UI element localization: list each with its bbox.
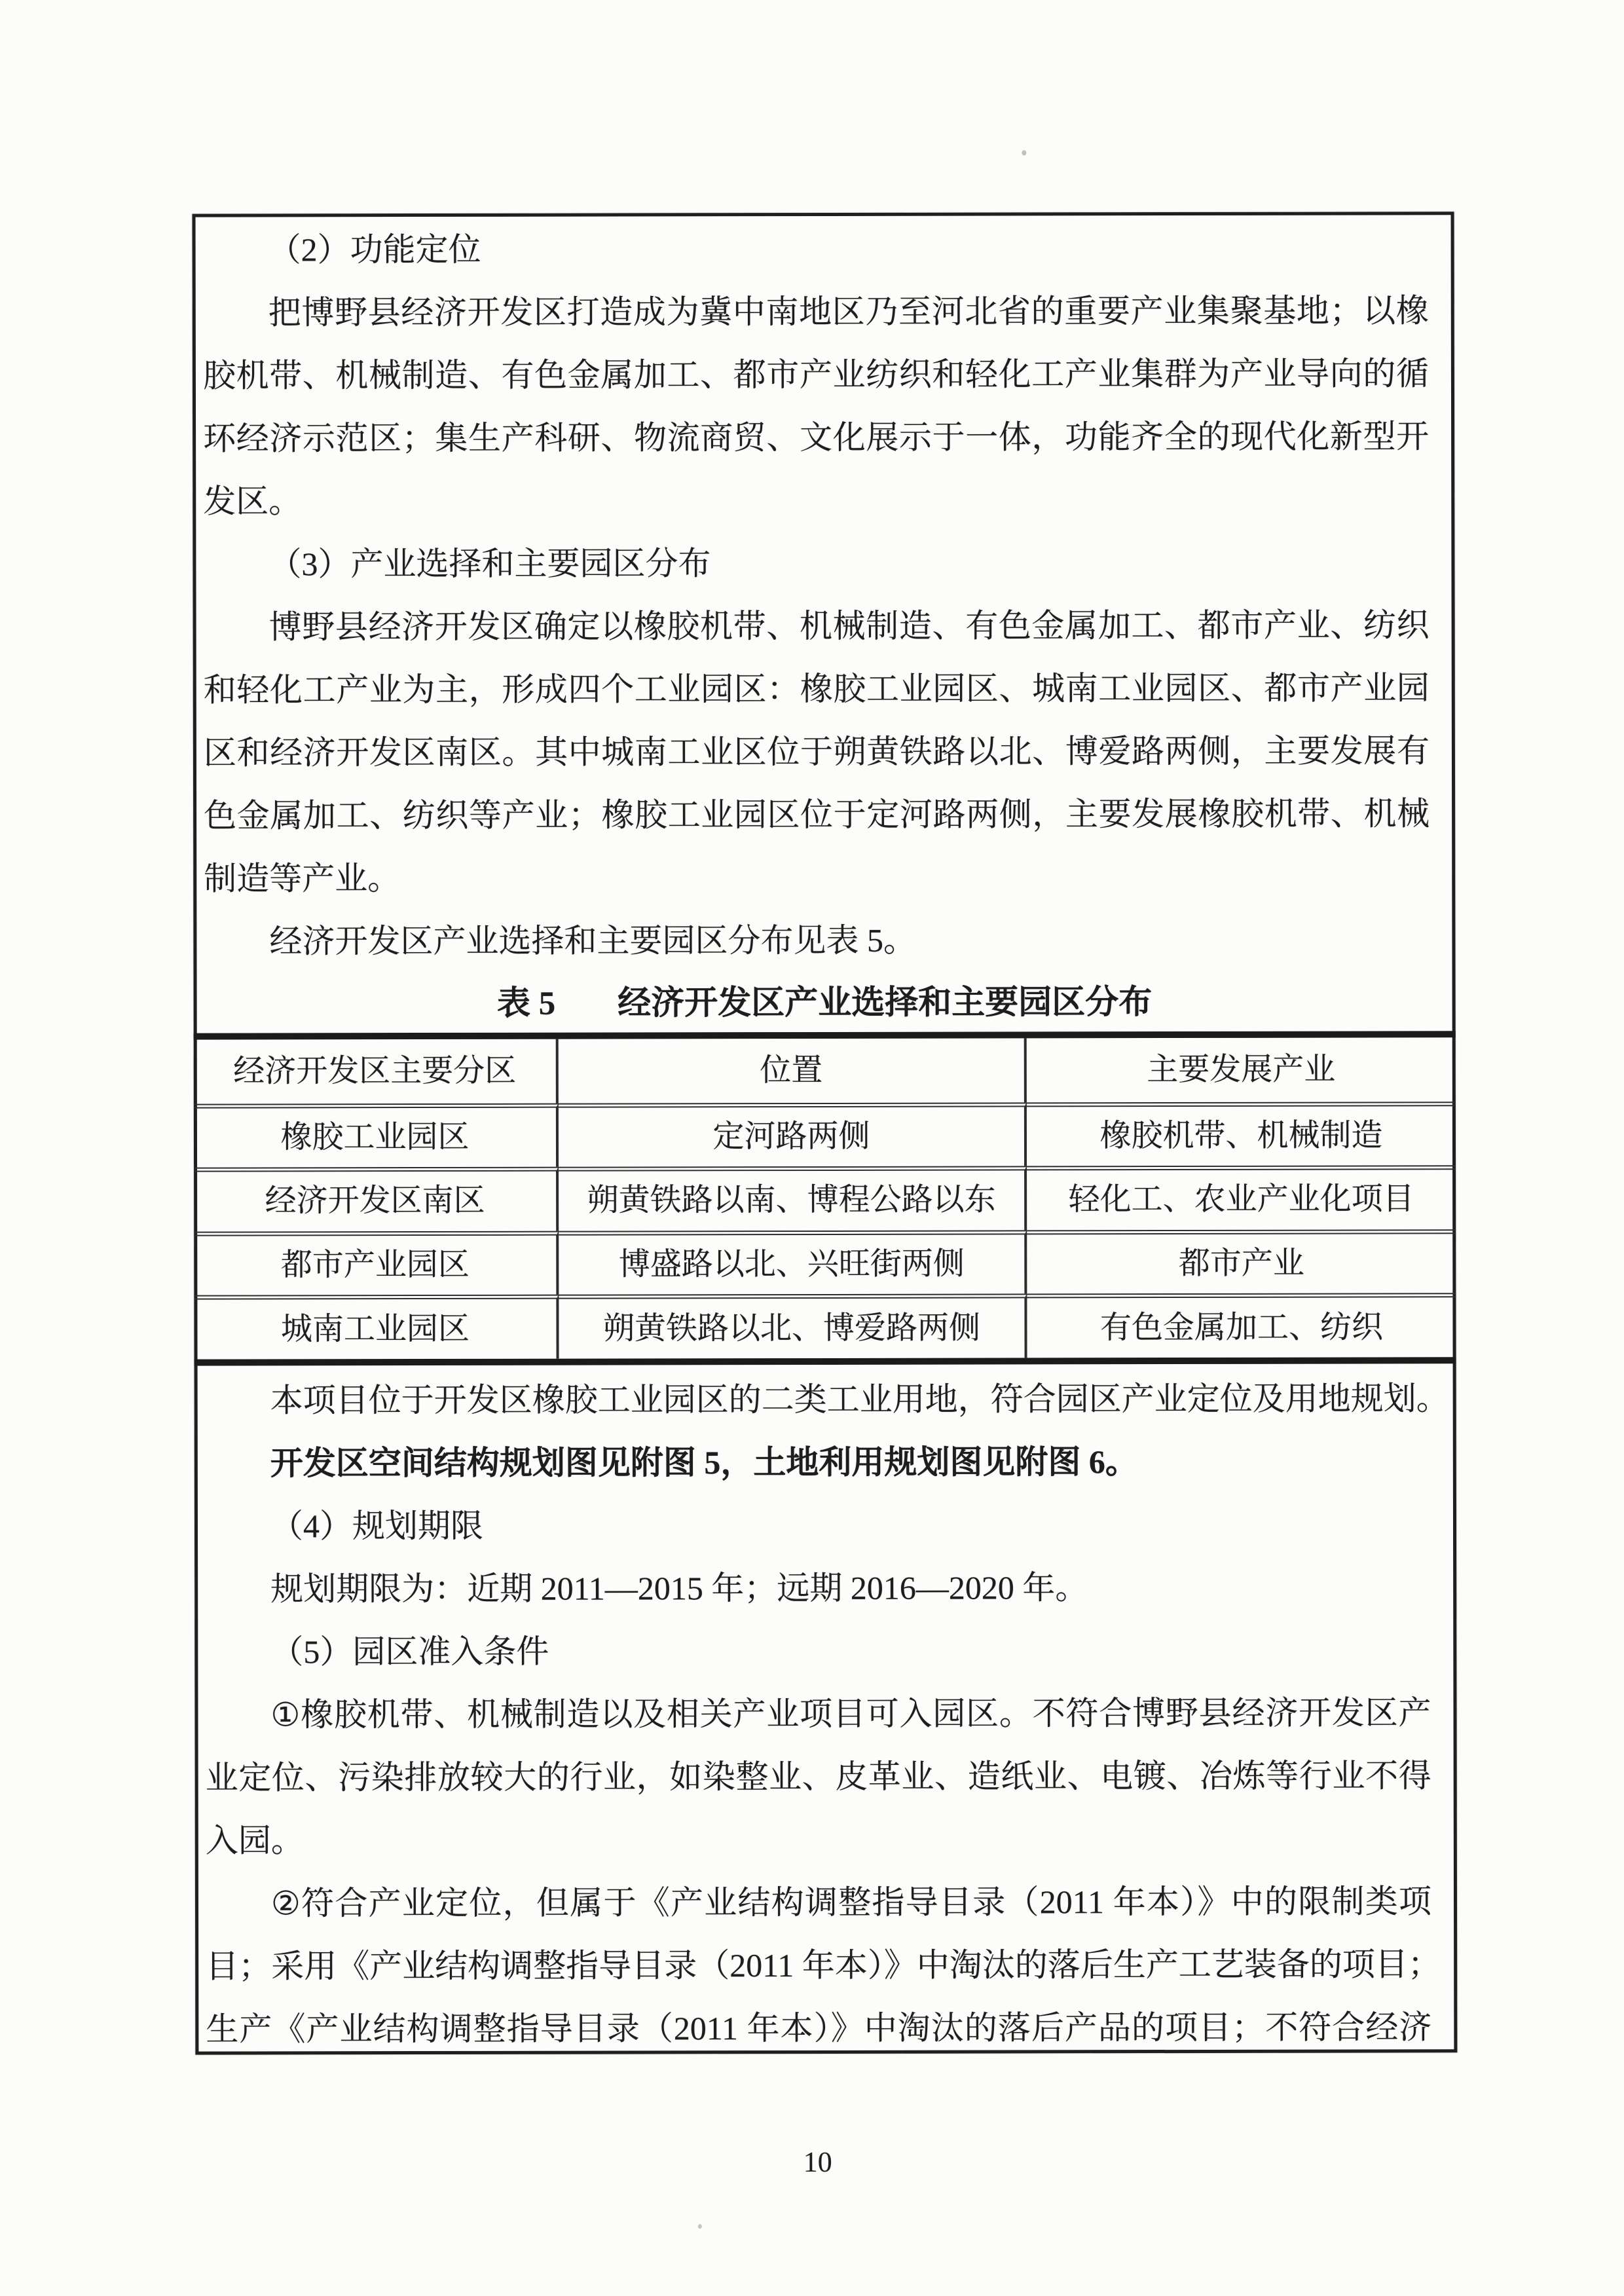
text-line: 环经济示范区；集生产科研、物流商贸、文化展示于一体，功能齐全的现代化新型开 xyxy=(203,405,1429,470)
table5-label: 表 5 xyxy=(497,986,555,1022)
table-header-cell: 主要发展产业 xyxy=(1027,1037,1456,1102)
table-cell: 橡胶机带、机械制造 xyxy=(1027,1102,1456,1166)
table-cell: 城南工业园区 xyxy=(194,1295,559,1360)
text-line: 色金属加工、纺织等产业；橡胶工业园区位于定河路两侧，主要发展橡胶机带、机械 xyxy=(204,782,1430,847)
page-number: 10 xyxy=(752,2145,883,2179)
text-line: ①橡胶机带、机械制造以及相关产业项目可入园区。不符合博野县经济开发区产 xyxy=(205,1681,1431,1746)
text-line: 把博野县经济开发区打造成为冀中南地区乃至河北省的重要产业集聚基地；以橡 xyxy=(203,279,1429,344)
table-cell: 都市产业 xyxy=(1027,1229,1456,1294)
text-line: ②符合产业定位，但属于《产业结构调整指导目录（2011 年本）》中的限制类项 xyxy=(206,1870,1431,1935)
planning-period-line: 规划期限为：近期 2011—2015 年；远期 2016—2020 年。 xyxy=(205,1555,1431,1620)
section2-heading: （2）功能定位 xyxy=(203,216,1429,281)
table-cell: 轻化工、农业产业化项目 xyxy=(1027,1165,1456,1230)
project-siting-line: 本项目位于开发区橡胶工业园区的二类工业用地，符合园区产业定位及用地规划。 xyxy=(205,1367,1431,1432)
text-line: 业定位、污染排放较大的行业，如染整业、皮革业、造纸业、电镀、冶炼等行业不得 xyxy=(206,1744,1431,1809)
text-line: 博野县经济开发区确定以橡胶机带、机械制造、有色金属加工、都市产业、纺织 xyxy=(204,593,1430,658)
section4-heading: （4）规划期限 xyxy=(205,1492,1431,1557)
table5-caption: 表 5经济开发区产业选择和主要园区分布 xyxy=(194,971,1456,1035)
table-cell: 都市产业园区 xyxy=(194,1231,559,1295)
section3-heading: （3）产业选择和主要园区分布 xyxy=(203,530,1429,595)
text-line: 入园。 xyxy=(206,1807,1431,1872)
table-cell: 朔黄铁路以南、博程公路以东 xyxy=(559,1166,1027,1231)
text-line: 制造等产业。 xyxy=(204,845,1430,910)
figure-reference-line: 开发区空间结构规划图见附图 5，土地利用规划图见附图 6。 xyxy=(205,1430,1431,1494)
scan-artifact-dot xyxy=(698,2224,702,2229)
text-line: 胶机带、机械制造、有色金属加工、都市产业纺织和轻化工产业集群为产业导向的循 xyxy=(203,342,1429,407)
table-cell: 经济开发区南区 xyxy=(194,1167,559,1232)
text-line: 发区。 xyxy=(203,468,1429,532)
table-cell: 定河路两侧 xyxy=(559,1102,1027,1167)
scan-artifact-dot xyxy=(1022,150,1026,155)
scanned-document-page: （2）功能定位 把博野县经济开发区打造成为冀中南地区乃至河北省的重要产业集聚基地… xyxy=(0,0,1624,2296)
upper-text-block: （2）功能定位 把博野县经济开发区打造成为冀中南地区乃至河北省的重要产业集聚基地… xyxy=(203,216,1430,972)
table-header-cell: 经济开发区主要分区 xyxy=(194,1039,559,1104)
table-header-cell: 位置 xyxy=(559,1038,1027,1103)
table5: 经济开发区主要分区 位置 主要发展产业 橡胶工业园区 定河路两侧 橡胶机带、机械… xyxy=(194,1031,1456,1365)
table-cell: 博盛路以北、兴旺街两侧 xyxy=(559,1230,1027,1295)
table5-title: 经济开发区产业选择和主要园区分布 xyxy=(618,984,1152,1022)
section5-heading: （5）园区准入条件 xyxy=(205,1618,1431,1683)
text-line: 目；采用《产业结构调整指导目录（2011 年本）》中淘汰的落后生产工艺装备的项目… xyxy=(206,1933,1431,1997)
table-cell: 橡胶工业园区 xyxy=(194,1103,559,1168)
scan-sheet: （2）功能定位 把博野县经济开发区打造成为冀中南地区乃至河北省的重要产业集聚基地… xyxy=(0,0,1624,2296)
text-line: 区和经济开发区南区。其中城南工业区位于朔黄铁路以北、博爱路两侧，主要发展有 xyxy=(204,719,1430,784)
text-line: 和轻化工产业为主，形成四个工业园区：橡胶工业园区、城南工业园区、都市产业园 xyxy=(204,656,1430,721)
table-reference-line: 经济开发区产业选择和主要园区分布见表 5。 xyxy=(204,908,1430,972)
text-line: 生产《产业结构调整指导目录（2011 年本）》中淘汰的落后产品的项目；不符合经济 xyxy=(206,1995,1431,2060)
table-cell: 朔黄铁路以北、博爱路两侧 xyxy=(559,1294,1027,1359)
lower-text-block: 本项目位于开发区橡胶工业园区的二类工业用地，符合园区产业定位及用地规划。 开发区… xyxy=(205,1367,1432,2060)
table-cell: 有色金属加工、纺织 xyxy=(1027,1293,1456,1358)
